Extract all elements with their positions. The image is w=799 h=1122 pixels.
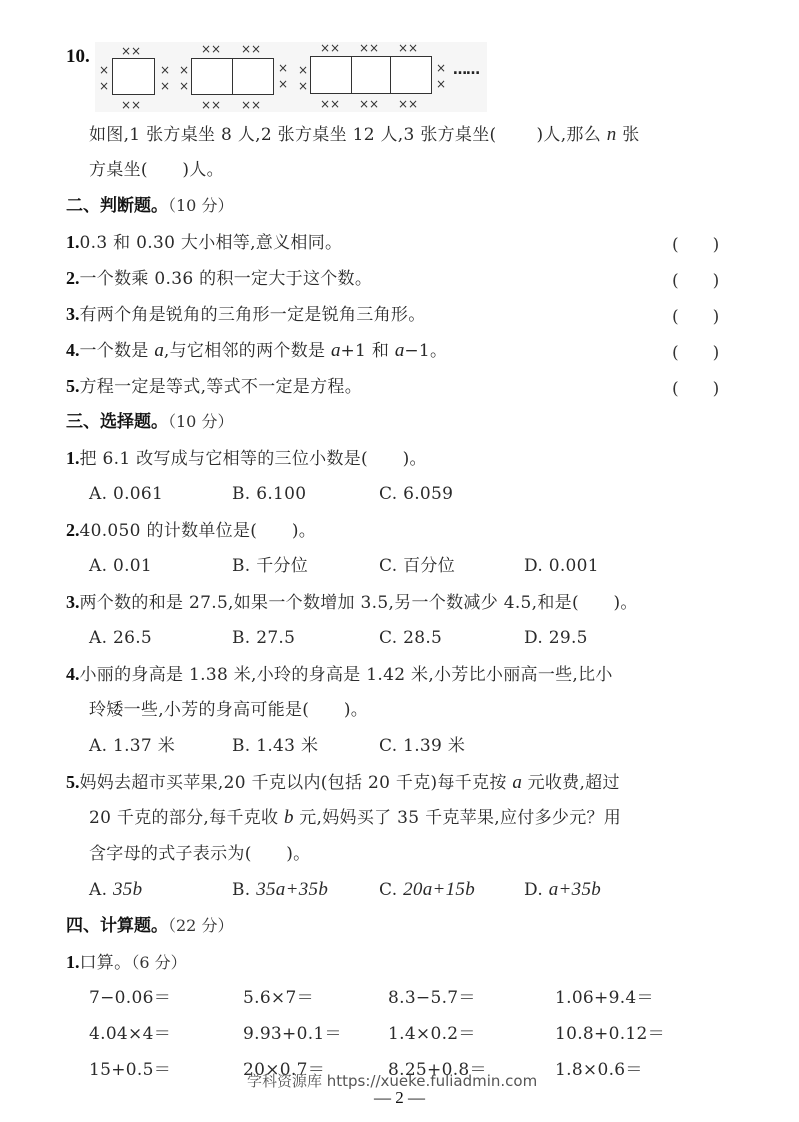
choice-question-2: 2.40.050 的计数单位是( )。 — [66, 518, 316, 543]
section-2-points: （10 分） — [168, 196, 233, 215]
question-text: 20 千克的部分,每千克收 — [89, 808, 284, 828]
variable-a: a — [331, 340, 341, 361]
seat-icon: ×× — [201, 99, 221, 111]
question-text: 小丽的身高是 1.38 米,小玲的身高是 1.42 米,小芳比小丽高一些,比小 — [80, 665, 613, 685]
option-expression: a+35b — [549, 879, 601, 900]
seat-icon: ×× — [201, 43, 221, 55]
section-2-header: 二、判断题。（10 分） — [66, 194, 233, 218]
seat-icon: × — [278, 62, 288, 74]
answer-parentheses[interactable]: ( ) — [672, 338, 719, 363]
section-3-points: （10 分） — [168, 412, 233, 431]
option-c[interactable]: C. 百分位 — [379, 554, 455, 578]
section-4-header: 四、计算题。（22 分） — [66, 914, 233, 938]
calc-item[interactable]: 15+0.5＝ — [89, 1058, 171, 1082]
seat-icon: × — [179, 80, 189, 92]
section-3-title: 三、选择题。 — [66, 412, 168, 432]
item-text: 有两个角是锐角的三角形一定是锐角三角形。 — [80, 305, 426, 325]
question-number: 5. — [66, 772, 80, 792]
sub-points: （6 分） — [131, 953, 186, 972]
variable-a: a — [512, 772, 522, 793]
option-label: D. — [524, 880, 549, 900]
calc-item[interactable]: 1.8×0.6＝ — [555, 1058, 643, 1082]
item-number: 4. — [66, 340, 80, 360]
option-d[interactable]: D. 0.001 — [524, 554, 599, 578]
option-label: A. — [89, 880, 113, 900]
item-number: 5. — [66, 376, 80, 396]
option-b[interactable]: B. 6.100 — [232, 482, 306, 506]
question-text-continued: 含字母的式子表示为( )。 — [89, 842, 310, 866]
judge-item-2: 2.一个数乘 0.36 的积一定大于这个数。 — [66, 266, 372, 291]
calc-item[interactable]: 1.4×0.2＝ — [388, 1022, 476, 1046]
table-figure-1 — [112, 58, 155, 95]
question-number: 1. — [66, 448, 80, 468]
option-d[interactable]: D. a+35b — [524, 878, 601, 902]
option-c[interactable]: C. 6.059 — [379, 482, 453, 506]
question-text: 40.050 的计数单位是( )。 — [80, 521, 317, 541]
item-number: 2. — [66, 268, 80, 288]
option-b[interactable]: B. 35a+35b — [232, 878, 328, 902]
seat-icon: × — [278, 78, 288, 90]
seat-icon: × — [298, 64, 308, 76]
seat-icon: × — [436, 62, 446, 74]
seat-icon: ×× — [320, 98, 340, 110]
choice-question-4: 4.小丽的身高是 1.38 米,小玲的身高是 1.42 米,小芳比小丽高一些,比… — [66, 662, 613, 687]
question-text: 两个数的和是 27.5,如果一个数增加 3.5,另一个数减少 4.5,和是( )… — [80, 593, 638, 613]
calc-item[interactable]: 4.04×4＝ — [89, 1022, 171, 1046]
option-expression: 35b — [113, 879, 142, 900]
seat-icon: × — [179, 64, 189, 76]
question-text: 元,妈妈买了 35 千克苹果,应付多少元？用 — [294, 808, 622, 828]
q10-text-a: 如图,1 张方桌坐 8 人,2 张方桌坐 12 人,3 张方桌坐( — [89, 125, 496, 145]
judge-item-1: 1.0.3 和 0.30 大小相等,意义相同。 — [66, 230, 342, 255]
calc-item[interactable]: 9.93+0.1＝ — [243, 1022, 342, 1046]
item-number: 3. — [66, 304, 80, 324]
seat-icon: × — [99, 64, 109, 76]
judge-item-4: 4.一个数是 a,与它相邻的两个数是 a+1 和 a−1。 — [66, 338, 447, 363]
variable-a: a — [154, 340, 164, 361]
option-a[interactable]: A. 35b — [89, 878, 142, 902]
seat-icon: × — [160, 80, 170, 92]
item-text: 一个数是 — [80, 341, 155, 361]
option-b[interactable]: B. 1.43 米 — [232, 734, 318, 758]
seat-icon: ×× — [359, 98, 379, 110]
answer-parentheses[interactable]: ( ) — [672, 266, 719, 291]
question-text-continued: 玲矮一些,小芳的身高可能是( )。 — [89, 698, 368, 722]
item-text: 一个数乘 0.36 的积一定大于这个数。 — [80, 269, 373, 289]
option-expression: 20a+15b — [403, 879, 475, 900]
option-b[interactable]: B. 千分位 — [232, 554, 308, 578]
section-2-title: 二、判断题。 — [66, 196, 168, 216]
judge-item-3: 3.有两个角是锐角的三角形一定是锐角三角形。 — [66, 302, 426, 327]
option-d[interactable]: D. 29.5 — [524, 626, 588, 650]
seat-icon: ×× — [320, 42, 340, 54]
option-label: B. — [232, 880, 256, 900]
question-text-continued: 20 千克的部分,每千克收 b 元,妈妈买了 35 千克苹果,应付多少元？用 — [89, 806, 621, 830]
item-text: −1。 — [404, 341, 447, 361]
section-4-title: 四、计算题。 — [66, 916, 168, 936]
choice-question-1: 1.把 6.1 改写成与它相等的三位小数是( )。 — [66, 446, 427, 471]
option-b[interactable]: B. 27.5 — [232, 626, 295, 650]
table-figure-3 — [310, 56, 432, 94]
q10-text-c: 张 — [617, 125, 640, 145]
seat-icon: ×× — [398, 42, 418, 54]
seat-icon: × — [160, 64, 170, 76]
choice-question-5: 5.妈妈去超市买苹果,20 千克以内(包括 20 千克)每千克按 a 元收费,超… — [66, 770, 620, 795]
q10-text-line1: 如图,1 张方桌坐 8 人,2 张方桌坐 12 人,3 张方桌坐()人,那么 n… — [89, 123, 640, 147]
option-a[interactable]: A. 26.5 — [89, 626, 152, 650]
question-text: 把 6.1 改写成与它相等的三位小数是( )。 — [80, 449, 427, 469]
seat-icon: × — [298, 80, 308, 92]
page-number: — 2 — — [0, 1088, 799, 1108]
calc-item[interactable]: 10.8+0.12＝ — [555, 1022, 665, 1046]
table-figure-2 — [191, 58, 274, 95]
option-a[interactable]: A. 1.37 米 — [89, 734, 175, 758]
seat-icon: ×× — [359, 42, 379, 54]
option-a[interactable]: A. 0.061 — [89, 482, 163, 506]
section-4-points: （22 分） — [168, 916, 233, 935]
variable-n: n — [607, 124, 617, 145]
q10-text-b: )人,那么 — [536, 125, 606, 145]
calc-item[interactable]: 5.6×7＝ — [243, 986, 314, 1010]
question-number: 1. — [66, 952, 80, 972]
option-c[interactable]: C. 28.5 — [379, 626, 442, 650]
question-number: 4. — [66, 664, 80, 684]
variable-b: b — [284, 807, 294, 828]
judge-item-5: 5.方程一定是等式,等式不一定是方程。 — [66, 374, 362, 399]
question-10-number: 10. — [66, 46, 90, 68]
question-text: 妈妈去超市买苹果,20 千克以内(包括 20 千克)每千克按 — [80, 773, 513, 793]
answer-parentheses[interactable]: ( ) — [672, 230, 719, 255]
ellipsis-continuation: …… — [453, 62, 479, 78]
sub-title: 口算。 — [80, 953, 132, 973]
seat-icon: ×× — [398, 98, 418, 110]
item-text: 方程一定是等式,等式不一定是方程。 — [80, 377, 363, 397]
question-number: 2. — [66, 520, 80, 540]
item-text: ,与它相邻的两个数是 — [164, 341, 331, 361]
item-text: 0.3 和 0.30 大小相等,意义相同。 — [80, 233, 343, 253]
section-3-header: 三、选择题。（10 分） — [66, 410, 233, 434]
seat-icon: ×× — [121, 99, 141, 111]
question-number: 3. — [66, 592, 80, 612]
option-label: C. — [379, 880, 403, 900]
item-number: 1. — [66, 232, 80, 252]
choice-question-3: 3.两个数的和是 27.5,如果一个数增加 3.5,另一个数减少 4.5,和是(… — [66, 590, 638, 615]
answer-parentheses[interactable]: ( ) — [672, 302, 719, 327]
seat-icon: ×× — [241, 43, 261, 55]
table-seating-diagram: ×× ×× × × × × ×× ×× ×× ×× × × × × ×× ×× … — [95, 42, 487, 112]
seat-icon: × — [436, 78, 446, 90]
question-text: 元收费,超过 — [522, 773, 620, 793]
q10-text-line2: 方桌坐( )人。 — [89, 158, 224, 182]
seat-icon: × — [99, 80, 109, 92]
seat-icon: ×× — [121, 45, 141, 57]
variable-a: a — [395, 340, 405, 361]
option-c[interactable]: C. 20a+15b — [379, 878, 475, 902]
option-expression: 35a+35b — [256, 879, 328, 900]
option-c[interactable]: C. 1.39 米 — [379, 734, 465, 758]
answer-parentheses[interactable]: ( ) — [672, 374, 719, 399]
item-text: +1 和 — [341, 341, 395, 361]
calc-item[interactable]: 7−0.06＝ — [89, 986, 171, 1010]
calc-item[interactable]: 1.06+9.4＝ — [555, 986, 654, 1010]
seat-icon: ×× — [241, 99, 261, 111]
option-a[interactable]: A. 0.01 — [89, 554, 152, 578]
oral-calc-header: 1.口算。（6 分） — [66, 950, 187, 975]
calc-item[interactable]: 8.3−5.7＝ — [388, 986, 476, 1010]
